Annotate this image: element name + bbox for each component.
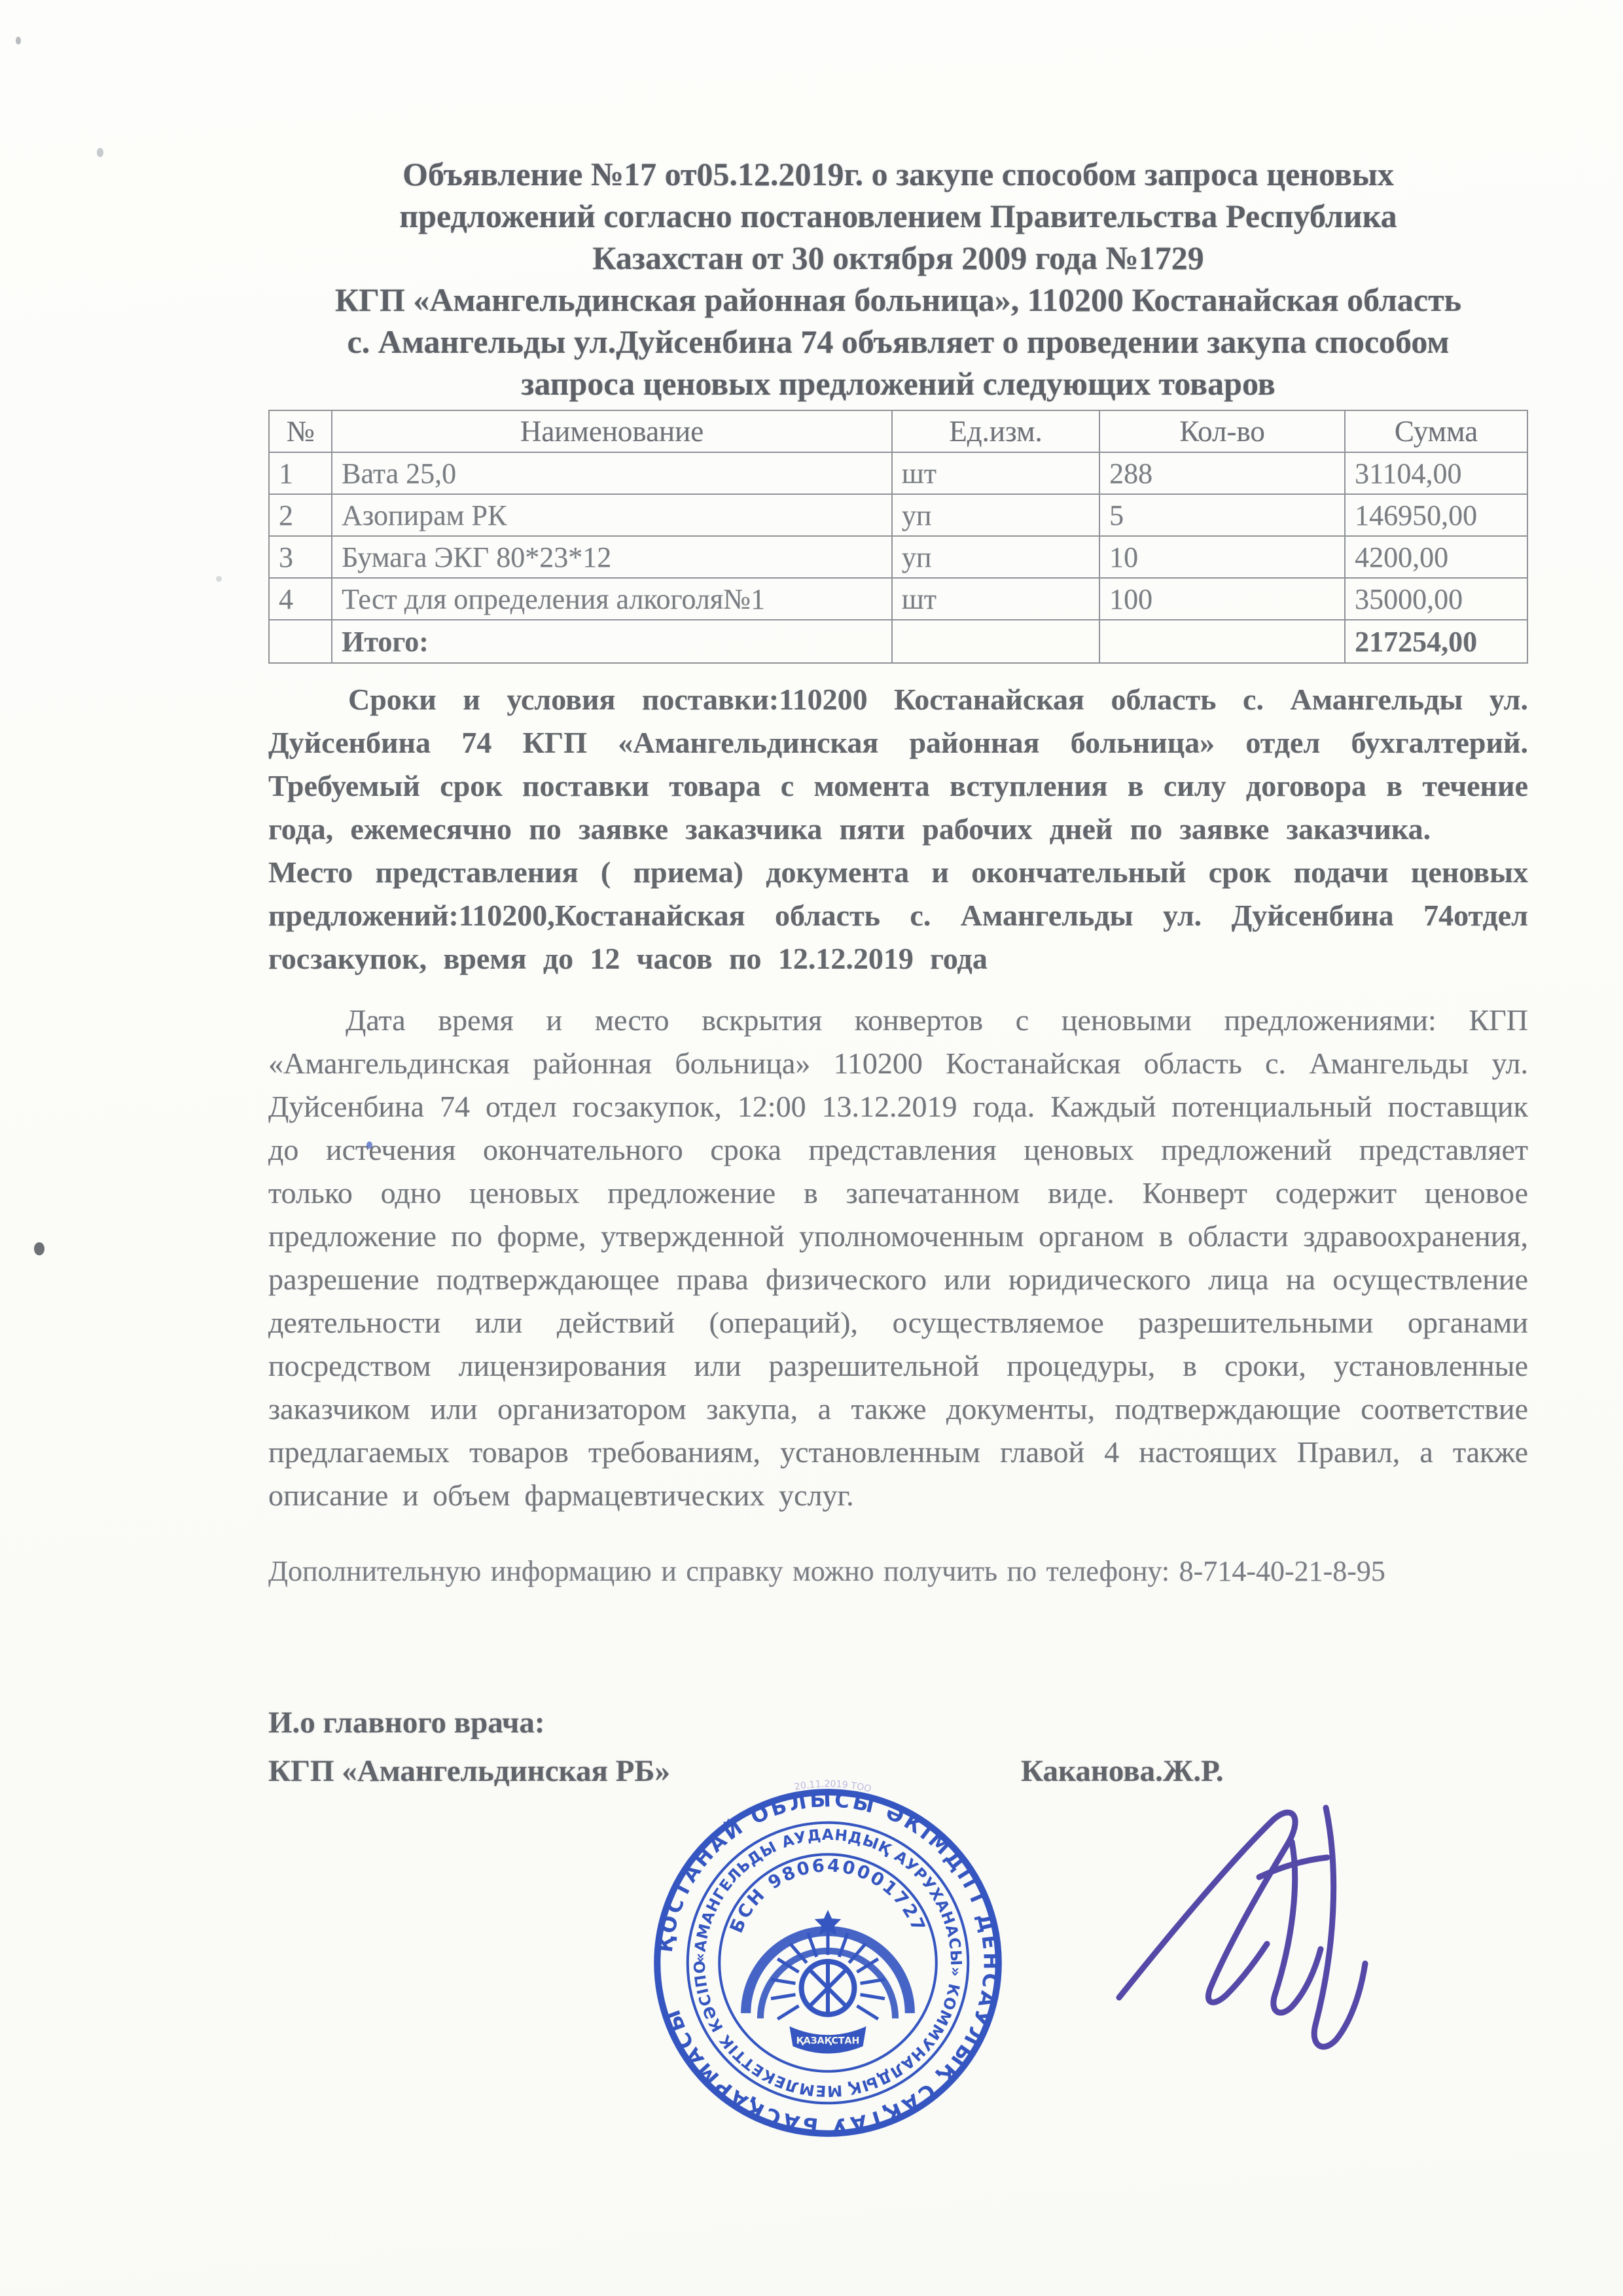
cell-unit: уп — [892, 494, 1099, 536]
col-header-name: Наименование — [332, 410, 892, 452]
table-row: 1 Вата 25,0 шт 288 31104,00 — [269, 452, 1527, 494]
official-stamp: 20.11.2019 ТОО ҚОСТАНАЙ ОБЛЫСЫ ӘКІМДІГІ … — [643, 1778, 1013, 2148]
table-row: 4 Тест для определения алкоголя№1 шт 100… — [269, 578, 1527, 620]
cell-unit: шт — [892, 452, 1099, 494]
paragraph-delivery-terms: Сроки и условия поставки:110200 Костанай… — [268, 678, 1528, 851]
cell-empty — [1099, 620, 1345, 663]
cell-number: 3 — [269, 536, 332, 578]
total-value: 217254,00 — [1345, 620, 1527, 663]
cell-qty: 10 — [1099, 536, 1345, 578]
cell-number: 2 — [269, 494, 332, 536]
table-header-row: № Наименование Ед.изм. Кол-во Сумма — [269, 410, 1527, 452]
col-header-sum: Сумма — [1345, 410, 1527, 452]
table-row: 3 Бумага ЭКГ 80*23*12 уп 10 4200,00 — [269, 536, 1527, 578]
signature-role: И.о главного врача: — [268, 1703, 1528, 1742]
organization-heading: КГП «Амангельдинская районная больница»,… — [323, 279, 1474, 404]
cell-qty: 5 — [1099, 494, 1345, 536]
document-content: Объявление №17 от05.12.2019г. о закупе с… — [268, 0, 1528, 1793]
cell-number: 1 — [269, 452, 332, 494]
scan-speck — [366, 1141, 372, 1149]
cell-sum: 146950,00 — [1345, 494, 1527, 536]
col-header-qty: Кол-во — [1099, 410, 1345, 452]
cell-name: Бумага ЭКГ 80*23*12 — [332, 536, 892, 578]
cell-qty: 100 — [1099, 578, 1345, 620]
cell-number: 4 — [269, 578, 332, 620]
goods-table: № Наименование Ед.изм. Кол-во Сумма 1 Ва… — [268, 410, 1528, 664]
scan-speck — [16, 37, 21, 45]
col-header-unit: Ед.изм. — [892, 410, 1099, 452]
cell-name: Вата 25,0 — [332, 452, 892, 494]
emblem-shanyrak-cross — [810, 1962, 846, 2014]
total-label: Итого: — [332, 620, 892, 663]
cell-empty — [892, 620, 1099, 663]
cell-name: Тест для определения алкоголя№1 — [332, 578, 892, 620]
scan-speck — [34, 1242, 45, 1255]
col-header-number: № — [269, 410, 332, 452]
emblem-banner-label: ҚАЗАҚСТАН — [796, 2036, 860, 2046]
paragraph-opening-info: Дата время и место вскрытия конвертов с … — [268, 999, 1528, 1517]
handwritten-signature — [1094, 1778, 1408, 2085]
announcement-title: Объявление №17 от05.12.2019г. о закупе с… — [323, 0, 1474, 279]
cell-name: Азопирам РК — [332, 494, 892, 536]
paragraph-submission-place: Место представления ( приема) документа … — [268, 851, 1528, 980]
kazakhstan-emblem: ҚАЗАҚСТАН — [746, 1910, 910, 2053]
table-row: 2 Азопирам РК уп 5 146950,00 — [269, 494, 1527, 536]
scan-speck — [97, 148, 103, 157]
cell-empty — [269, 620, 332, 663]
cell-unit: уп — [892, 536, 1099, 578]
cell-unit: шт — [892, 578, 1099, 620]
signature-organization: КГП «Амангельдинская РБ» — [268, 1754, 670, 1788]
cell-qty: 288 — [1099, 452, 1345, 494]
cell-sum: 4200,00 — [1345, 536, 1527, 578]
signature-strokes — [1119, 1808, 1365, 2047]
cell-sum: 31104,00 — [1345, 452, 1527, 494]
scanned-document-page: { "document": { "heading": { "announceme… — [0, 0, 1623, 2296]
paragraph-contact-phone: Дополнительную информацию и справку можн… — [268, 1550, 1528, 1593]
total-row: Итого: 217254,00 — [269, 620, 1527, 663]
cell-sum: 35000,00 — [1345, 578, 1527, 620]
scan-speck — [216, 576, 222, 582]
